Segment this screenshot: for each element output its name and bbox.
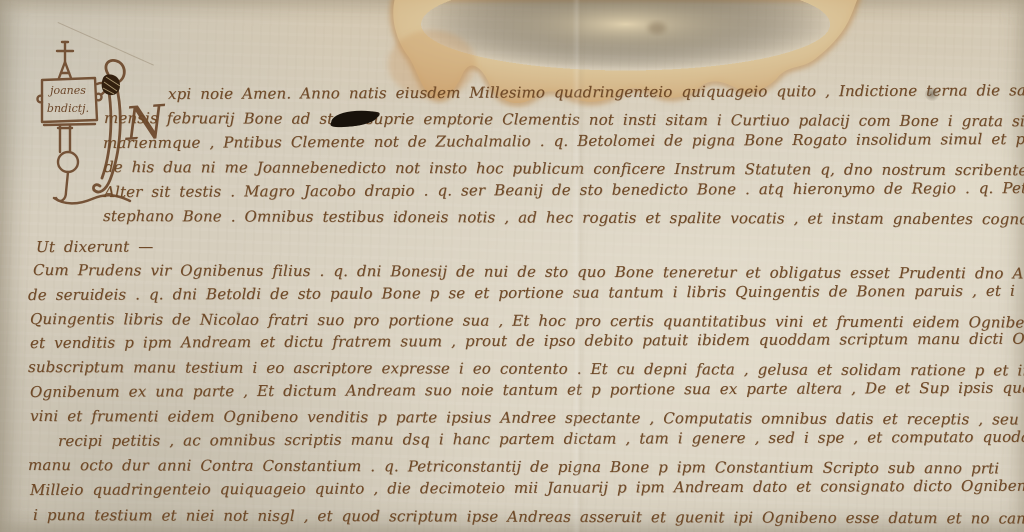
manuscript-line-9: de seruideis . q. dni Betoldi de sto pau… bbox=[28, 280, 1024, 305]
signum-plaque-text-2: bndictj. bbox=[47, 102, 89, 115]
manuscript-line-11: et venditis p ipm Andream et dictu fratr… bbox=[30, 328, 1024, 353]
signum-cross bbox=[57, 42, 73, 64]
manuscript-line-3: marienmque , Pntibus Clemente not de Zuc… bbox=[103, 129, 1024, 153]
vertical-crease bbox=[572, 0, 586, 532]
initial-knot bbox=[102, 74, 120, 95]
manuscript-line-17: Milleio quadringenteio quiquageio quinto… bbox=[30, 475, 1024, 500]
signum-ring bbox=[58, 152, 78, 172]
manuscript-line-16: manu octo dur anni Contra Constantium . … bbox=[28, 455, 999, 478]
manuscript-line-15: recipi petitis , ac omnibus scriptis man… bbox=[58, 426, 1024, 451]
signum-plaque-text-1: joanes bbox=[47, 84, 86, 97]
signum-pedestal bbox=[59, 62, 71, 78]
manuscript-line-2: mensis februarij Bone ad stam suprie emp… bbox=[104, 108, 1024, 131]
manuscript-line-18: i puna testium et niei not nisgl , et qu… bbox=[33, 505, 1024, 529]
manuscript-line-14: vini et frumenti eidem Ognibeno venditis… bbox=[30, 406, 1024, 430]
manuscript-line-6: stephano Bone . Omnibus testibus idoneis… bbox=[103, 206, 1024, 229]
manuscript-line-13: Ognibenum ex una parte , Et dictum Andre… bbox=[30, 377, 1024, 402]
manuscript-line-8: Cum Prudens vir Ognibenus filius . q. dn… bbox=[33, 260, 1024, 284]
signum-plaque bbox=[38, 78, 107, 125]
scratch-mark bbox=[58, 22, 154, 66]
parchment-page: N joanes bndictj. xpi noie Amen. Anno na… bbox=[0, 0, 1024, 532]
manuscript-line-4: de his dua ni me Joannebenedicto not ins… bbox=[104, 157, 1024, 180]
manuscript-line-7: Ut dixerunt — bbox=[36, 236, 154, 257]
manuscript-line-12: subscriptum manu testium i eo ascriptore… bbox=[28, 357, 1024, 381]
manuscript-line-5: Alter sit testis . Magro Jacobo drapio .… bbox=[104, 178, 1024, 202]
manuscript-line-1: xpi noie Amen. Anno natis eiusdem Milles… bbox=[168, 80, 1024, 104]
stain-speck bbox=[648, 22, 666, 34]
